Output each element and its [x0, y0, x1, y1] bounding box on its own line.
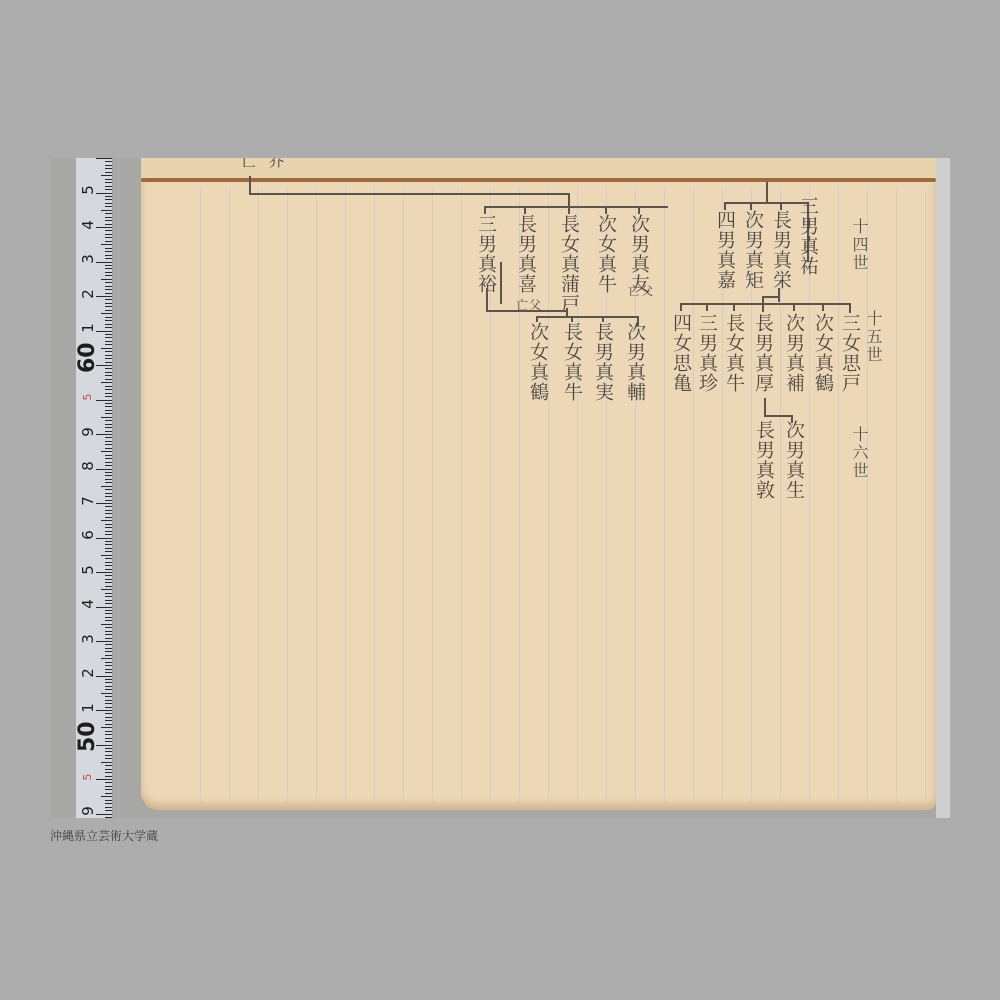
- ruler-tick: [96, 262, 112, 263]
- ruler-tick: [105, 310, 112, 311]
- ruler-tick: [101, 486, 112, 487]
- ruler-tick: [105, 420, 112, 421]
- ruler-tick: [105, 237, 112, 238]
- ruler-tick: [105, 686, 112, 687]
- ruler-tick: [105, 220, 112, 221]
- ruler-tick: [105, 427, 112, 428]
- ruler-tick: [105, 534, 112, 535]
- ruler-tick: [105, 282, 112, 283]
- tree-connector: [778, 288, 780, 302]
- ruler-tick: [105, 513, 112, 514]
- ruler-tick: [105, 582, 112, 583]
- person-R2: 次男真矩: [742, 210, 764, 290]
- ruler-tick: [96, 193, 112, 194]
- ruler-tick: [105, 738, 112, 739]
- tree-connector: [249, 176, 251, 194]
- ruler-tick: [105, 303, 112, 304]
- ruler-tick: [105, 613, 112, 614]
- ruler-tick: [96, 158, 112, 159]
- ruler-tick: [105, 575, 112, 576]
- previous-page-edge: [141, 158, 936, 180]
- ruler-label: 2: [78, 663, 98, 683]
- tree-connector: [484, 206, 668, 208]
- ruled-line: [838, 188, 839, 803]
- tree-connector: [822, 303, 824, 311]
- ruler-tick: [105, 800, 112, 801]
- ruled-line: [925, 188, 926, 803]
- ruler-tick: [105, 410, 112, 411]
- ruler-tick: [105, 448, 112, 449]
- tree-connector: [764, 398, 766, 416]
- tree-connector: [680, 303, 682, 311]
- ruler-tick: [105, 776, 112, 777]
- header-fragment-right: 乔: [264, 158, 286, 169]
- ruled-line: [548, 188, 549, 803]
- ruler-tick: [105, 789, 112, 790]
- ruler-tick: [105, 510, 112, 511]
- header-fragment-left: 亡: [236, 158, 258, 169]
- tree-connector: [536, 316, 638, 318]
- ruler-tick: [105, 224, 112, 225]
- ruler-tick: [105, 317, 112, 318]
- ruler-tick: [96, 296, 112, 297]
- ruler-tick: [105, 275, 112, 276]
- tree-connector: [605, 206, 607, 214]
- ruler-tick: [105, 389, 112, 390]
- ruler-tick: [105, 648, 112, 649]
- ruler-tick: [105, 272, 112, 273]
- ruler-tick: [105, 682, 112, 683]
- ruler-tick: [105, 465, 112, 466]
- ruler-tick: [105, 462, 112, 463]
- ruler-tick: [105, 386, 112, 387]
- ruler-tick: [105, 255, 112, 256]
- ruler-tick: [105, 558, 112, 559]
- ruler-tick: [105, 199, 112, 200]
- ruler-tick: [105, 751, 112, 752]
- tree-connector: [762, 296, 764, 312]
- tree-connector: [780, 202, 782, 210]
- ruler-tick: [105, 437, 112, 438]
- ruler-tick: [105, 600, 112, 601]
- person-R7: 長女真牛: [723, 313, 745, 393]
- ruler-tick: [105, 627, 112, 628]
- ruler-tick: [105, 562, 112, 563]
- ruler-tick: [105, 541, 112, 542]
- ruled-line: [461, 188, 462, 803]
- ruler-tick: [105, 375, 112, 376]
- ruler-label: 60: [78, 353, 98, 373]
- ruler-tick: [105, 603, 112, 604]
- ruler-tick: [105, 306, 112, 307]
- ruler-tick: [96, 503, 112, 504]
- person-R13: 次男真生: [783, 420, 805, 500]
- person-R12: 長男真敦: [753, 420, 775, 500]
- ruler-label: 9: [78, 422, 98, 442]
- ruler-tick: [105, 230, 112, 231]
- ruler-label: 1: [78, 698, 98, 718]
- ruler-tick: [105, 544, 112, 545]
- ruler-label: 3: [78, 629, 98, 649]
- ruler-tick: [105, 234, 112, 235]
- ruler-tick: [105, 479, 112, 480]
- ruler-tick: [105, 413, 112, 414]
- scanned-notebook-photo: 543216059876543215059 亡 乔 三男真裕 長男真喜 亡父 長…: [50, 158, 950, 818]
- ruler-tick: [105, 765, 112, 766]
- person-L5-note: 亡父: [628, 284, 654, 298]
- ruler-tick: [96, 434, 112, 435]
- ruled-line: [287, 188, 288, 803]
- ruler-tick: [105, 807, 112, 808]
- ruler-tick: [105, 506, 112, 507]
- ruler-tick: [101, 451, 112, 452]
- ruled-line: [432, 188, 433, 803]
- ruler-tick: [105, 431, 112, 432]
- ruler-tick: [105, 172, 112, 173]
- tree-connector: [750, 202, 752, 210]
- ruler-tick: [105, 161, 112, 162]
- ruler-tick: [96, 814, 112, 815]
- ruler-tick: [101, 520, 112, 521]
- ruler-tick: [96, 227, 112, 228]
- ruler-tick: [105, 293, 112, 294]
- tree-connector: [568, 202, 570, 214]
- ruled-line: [229, 188, 230, 803]
- ruler-label: 5: [78, 560, 98, 580]
- person-R6: 三男真珍: [696, 313, 718, 393]
- person-L9: 次男真輔: [624, 322, 646, 402]
- ruled-line: [258, 188, 259, 803]
- tree-connector: [706, 303, 708, 311]
- ruled-line: [867, 188, 868, 803]
- ruler-tick: [105, 717, 112, 718]
- ruled-line: [316, 188, 317, 803]
- ruler-tick: [105, 189, 112, 190]
- person-R4: 三男真祐: [797, 196, 819, 276]
- ruler-label: 6: [78, 525, 98, 545]
- person-L7: 長女真牛: [561, 322, 583, 402]
- person-L2: 長男真喜: [515, 214, 537, 294]
- ruler-tick: [105, 355, 112, 356]
- ruler-tick: [105, 406, 112, 407]
- tree-connector: [484, 206, 486, 214]
- ruler-tick: [105, 344, 112, 345]
- ruler-tick: [96, 538, 112, 539]
- ruler-tick: [105, 769, 112, 770]
- ruler-tick: [96, 676, 112, 677]
- ruler-tick: [105, 299, 112, 300]
- ruler-tick: [105, 203, 112, 204]
- ruled-line: [809, 188, 810, 803]
- ruler-tick: [96, 710, 112, 711]
- person-R3: 長男真栄: [770, 210, 792, 290]
- person-R10: 次女真鶴: [812, 313, 834, 393]
- ruler-tick: [105, 720, 112, 721]
- ruler-tick: [105, 341, 112, 342]
- tree-connector: [724, 202, 726, 210]
- ruler-tick: [105, 289, 112, 290]
- ruler-tick: [105, 696, 112, 697]
- ruler-tick: [105, 324, 112, 325]
- ruler-tick: [105, 579, 112, 580]
- ruler-tick: [105, 724, 112, 725]
- ruler-label: 5: [78, 767, 98, 787]
- ruler-tick: [105, 803, 112, 804]
- ruler-tick: [105, 444, 112, 445]
- ruler-tick: [101, 313, 112, 314]
- ruler-tick: [105, 644, 112, 645]
- generation-label-15: 十五世: [862, 310, 885, 364]
- ruler-tick: [105, 679, 112, 680]
- ruler-tick: [105, 741, 112, 742]
- ruler-tick: [101, 279, 112, 280]
- ruler-tick: [96, 572, 112, 573]
- ruler-tick: [105, 617, 112, 618]
- ruler-label: 1: [78, 318, 98, 338]
- ruler-tick: [101, 589, 112, 590]
- ruler-tick: [96, 779, 112, 780]
- ruler-tick: [101, 417, 112, 418]
- ruler-tick: [105, 755, 112, 756]
- ruler-tick: [105, 372, 112, 373]
- ruler-tick: [105, 700, 112, 701]
- ruler-tick: [101, 624, 112, 625]
- ruler-tick: [105, 662, 112, 663]
- ruler-tick: [105, 358, 112, 359]
- ruler-tick: [101, 348, 112, 349]
- ruler-tick: [105, 731, 112, 732]
- ruled-line: [374, 188, 375, 803]
- ruler-tick: [105, 551, 112, 552]
- ruler-label: 5: [78, 387, 98, 407]
- person-L1: 三男真裕: [475, 214, 497, 294]
- ruler-tick: [105, 179, 112, 180]
- ruler-tick: [105, 713, 112, 714]
- person-L5: 次男真友: [628, 214, 650, 294]
- ruler-tick: [101, 382, 112, 383]
- ruler-label: 7: [78, 491, 98, 511]
- ruler-tick: [105, 531, 112, 532]
- ruler-tick: [105, 772, 112, 773]
- ruler-tick: [96, 331, 112, 332]
- ruler-tick: [105, 665, 112, 666]
- ruler-tick: [105, 168, 112, 169]
- ruler-tick: [105, 689, 112, 690]
- tree-connector: [766, 182, 768, 202]
- ruler-tick: [105, 651, 112, 652]
- person-L4: 次女真牛: [595, 214, 617, 294]
- ruler-label: 4: [78, 594, 98, 614]
- ruler-tick: [105, 500, 112, 501]
- ruler-tick: [105, 165, 112, 166]
- ruler-tick: [105, 206, 112, 207]
- ruler-label: 4: [78, 215, 98, 235]
- collection-credit-caption: 沖縄県立芸術大学蔵: [50, 827, 158, 844]
- ruler-tick: [105, 351, 112, 352]
- ruler-tick: [105, 327, 112, 328]
- person-L6: 次女真鶴: [527, 322, 549, 402]
- ruler-tick: [105, 424, 112, 425]
- tree-connector: [486, 310, 566, 312]
- page-fold-line: [141, 178, 936, 182]
- ruler-tick: [101, 727, 112, 728]
- ruler-label: 2: [78, 284, 98, 304]
- ruler-tick: [105, 672, 112, 673]
- tree-connector: [724, 202, 808, 204]
- ruler-tick: [105, 586, 112, 587]
- ruler-tick: [101, 555, 112, 556]
- ruler-tick: [105, 455, 112, 456]
- ruler-label: 3: [78, 249, 98, 269]
- ruler-tick: [105, 320, 112, 321]
- ruler-tick: [105, 393, 112, 394]
- ruler-tick: [105, 620, 112, 621]
- ruler-tick: [105, 286, 112, 287]
- ruler-tick: [105, 265, 112, 266]
- person-L3: 長女真蒲戸: [558, 214, 580, 314]
- ruler-tick: [105, 817, 112, 818]
- ruler-tick: [105, 565, 112, 566]
- ruler-tick: [105, 217, 112, 218]
- ruler-label: 8: [78, 456, 98, 476]
- measuring-ruler: 543216059876543215059: [76, 158, 113, 818]
- ruler-tick: [105, 496, 112, 497]
- ruler-tick: [105, 786, 112, 787]
- ruler-tick: [105, 655, 112, 656]
- ruler-tick: [96, 641, 112, 642]
- tree-connector: [566, 308, 568, 316]
- ruler-tick: [105, 196, 112, 197]
- ruler-label: 9: [78, 801, 98, 818]
- ruler-tick: [105, 810, 112, 811]
- ruler-tick: [105, 379, 112, 380]
- generation-label-16: 十六世: [848, 426, 871, 480]
- ruler-tick: [101, 658, 112, 659]
- ruler-tick: [105, 186, 112, 187]
- person-L8: 長男真実: [592, 322, 614, 402]
- ruler-tick: [96, 400, 112, 401]
- ruler-tick: [105, 258, 112, 259]
- tree-connector: [849, 303, 851, 313]
- ruler-tick: [105, 337, 112, 338]
- ruler-tick: [105, 493, 112, 494]
- ruler-tick: [105, 458, 112, 459]
- person-R8: 長男真厚: [752, 313, 774, 393]
- background-edge: [936, 158, 950, 818]
- person-R1: 四男真嘉: [714, 210, 736, 290]
- ruler-tick: [101, 244, 112, 245]
- person-R11: 三女思戸: [839, 313, 861, 393]
- tree-connector: [733, 303, 735, 311]
- ruled-line: [896, 188, 897, 803]
- ruler-tick: [105, 482, 112, 483]
- ruled-line: [345, 188, 346, 803]
- ruler-tick: [105, 268, 112, 269]
- ruler-tick: [96, 469, 112, 470]
- ruler-tick: [105, 596, 112, 597]
- ruler-tick: [105, 593, 112, 594]
- person-R5: 四女思亀: [670, 313, 692, 393]
- ruler-tick: [105, 524, 112, 525]
- person-R9: 次男真補: [783, 313, 805, 393]
- ruler-tick: [105, 489, 112, 490]
- ruler-tick: [105, 703, 112, 704]
- ruler-label: 50: [78, 732, 98, 752]
- ruler-tick: [101, 175, 112, 176]
- ruler-tick: [105, 610, 112, 611]
- ruler-tick: [105, 527, 112, 528]
- ruler-label: 5: [78, 180, 98, 200]
- ruler-tick: [105, 334, 112, 335]
- ruler-tick: [96, 607, 112, 608]
- tree-connector: [764, 415, 792, 417]
- ruled-line: [403, 188, 404, 803]
- ruler-tick: [105, 251, 112, 252]
- ruler-tick: [105, 569, 112, 570]
- ruler-tick: [105, 748, 112, 749]
- ruler-tick: [105, 638, 112, 639]
- ruled-line: [664, 188, 665, 803]
- tree-connector: [500, 262, 502, 304]
- tree-connector: [793, 303, 795, 311]
- ruled-line: [200, 188, 201, 803]
- tree-connector: [249, 193, 569, 195]
- ruler-tick: [105, 782, 112, 783]
- ruler-tick: [105, 248, 112, 249]
- ruler-tick: [105, 634, 112, 635]
- ruler-tick: [101, 796, 112, 797]
- ruler-tick: [105, 548, 112, 549]
- ruler-tick: [105, 631, 112, 632]
- ruler-tick: [101, 762, 112, 763]
- ruler-tick: [105, 669, 112, 670]
- ruler-tick: [101, 693, 112, 694]
- ruler-tick: [105, 758, 112, 759]
- generation-label-14: 十四世: [848, 218, 871, 272]
- ruler-tick: [105, 734, 112, 735]
- tree-connector: [638, 206, 640, 214]
- ruler-tick: [105, 517, 112, 518]
- ruler-tick: [105, 241, 112, 242]
- ruler-tick: [101, 210, 112, 211]
- tree-connector: [762, 296, 778, 298]
- ruler-tick: [105, 475, 112, 476]
- tree-connector: [524, 206, 526, 214]
- ruler-tick: [105, 362, 112, 363]
- ruler-tick: [105, 472, 112, 473]
- ruled-line: [693, 188, 694, 803]
- ruler-tick: [105, 707, 112, 708]
- tree-connector: [486, 288, 488, 310]
- ruler-tick: [105, 368, 112, 369]
- ruler-tick: [105, 403, 112, 404]
- ruler-tick: [105, 182, 112, 183]
- ruler-tick: [105, 396, 112, 397]
- ruler-tick: [105, 213, 112, 214]
- ruler-tick: [105, 793, 112, 794]
- ruler-tick: [105, 441, 112, 442]
